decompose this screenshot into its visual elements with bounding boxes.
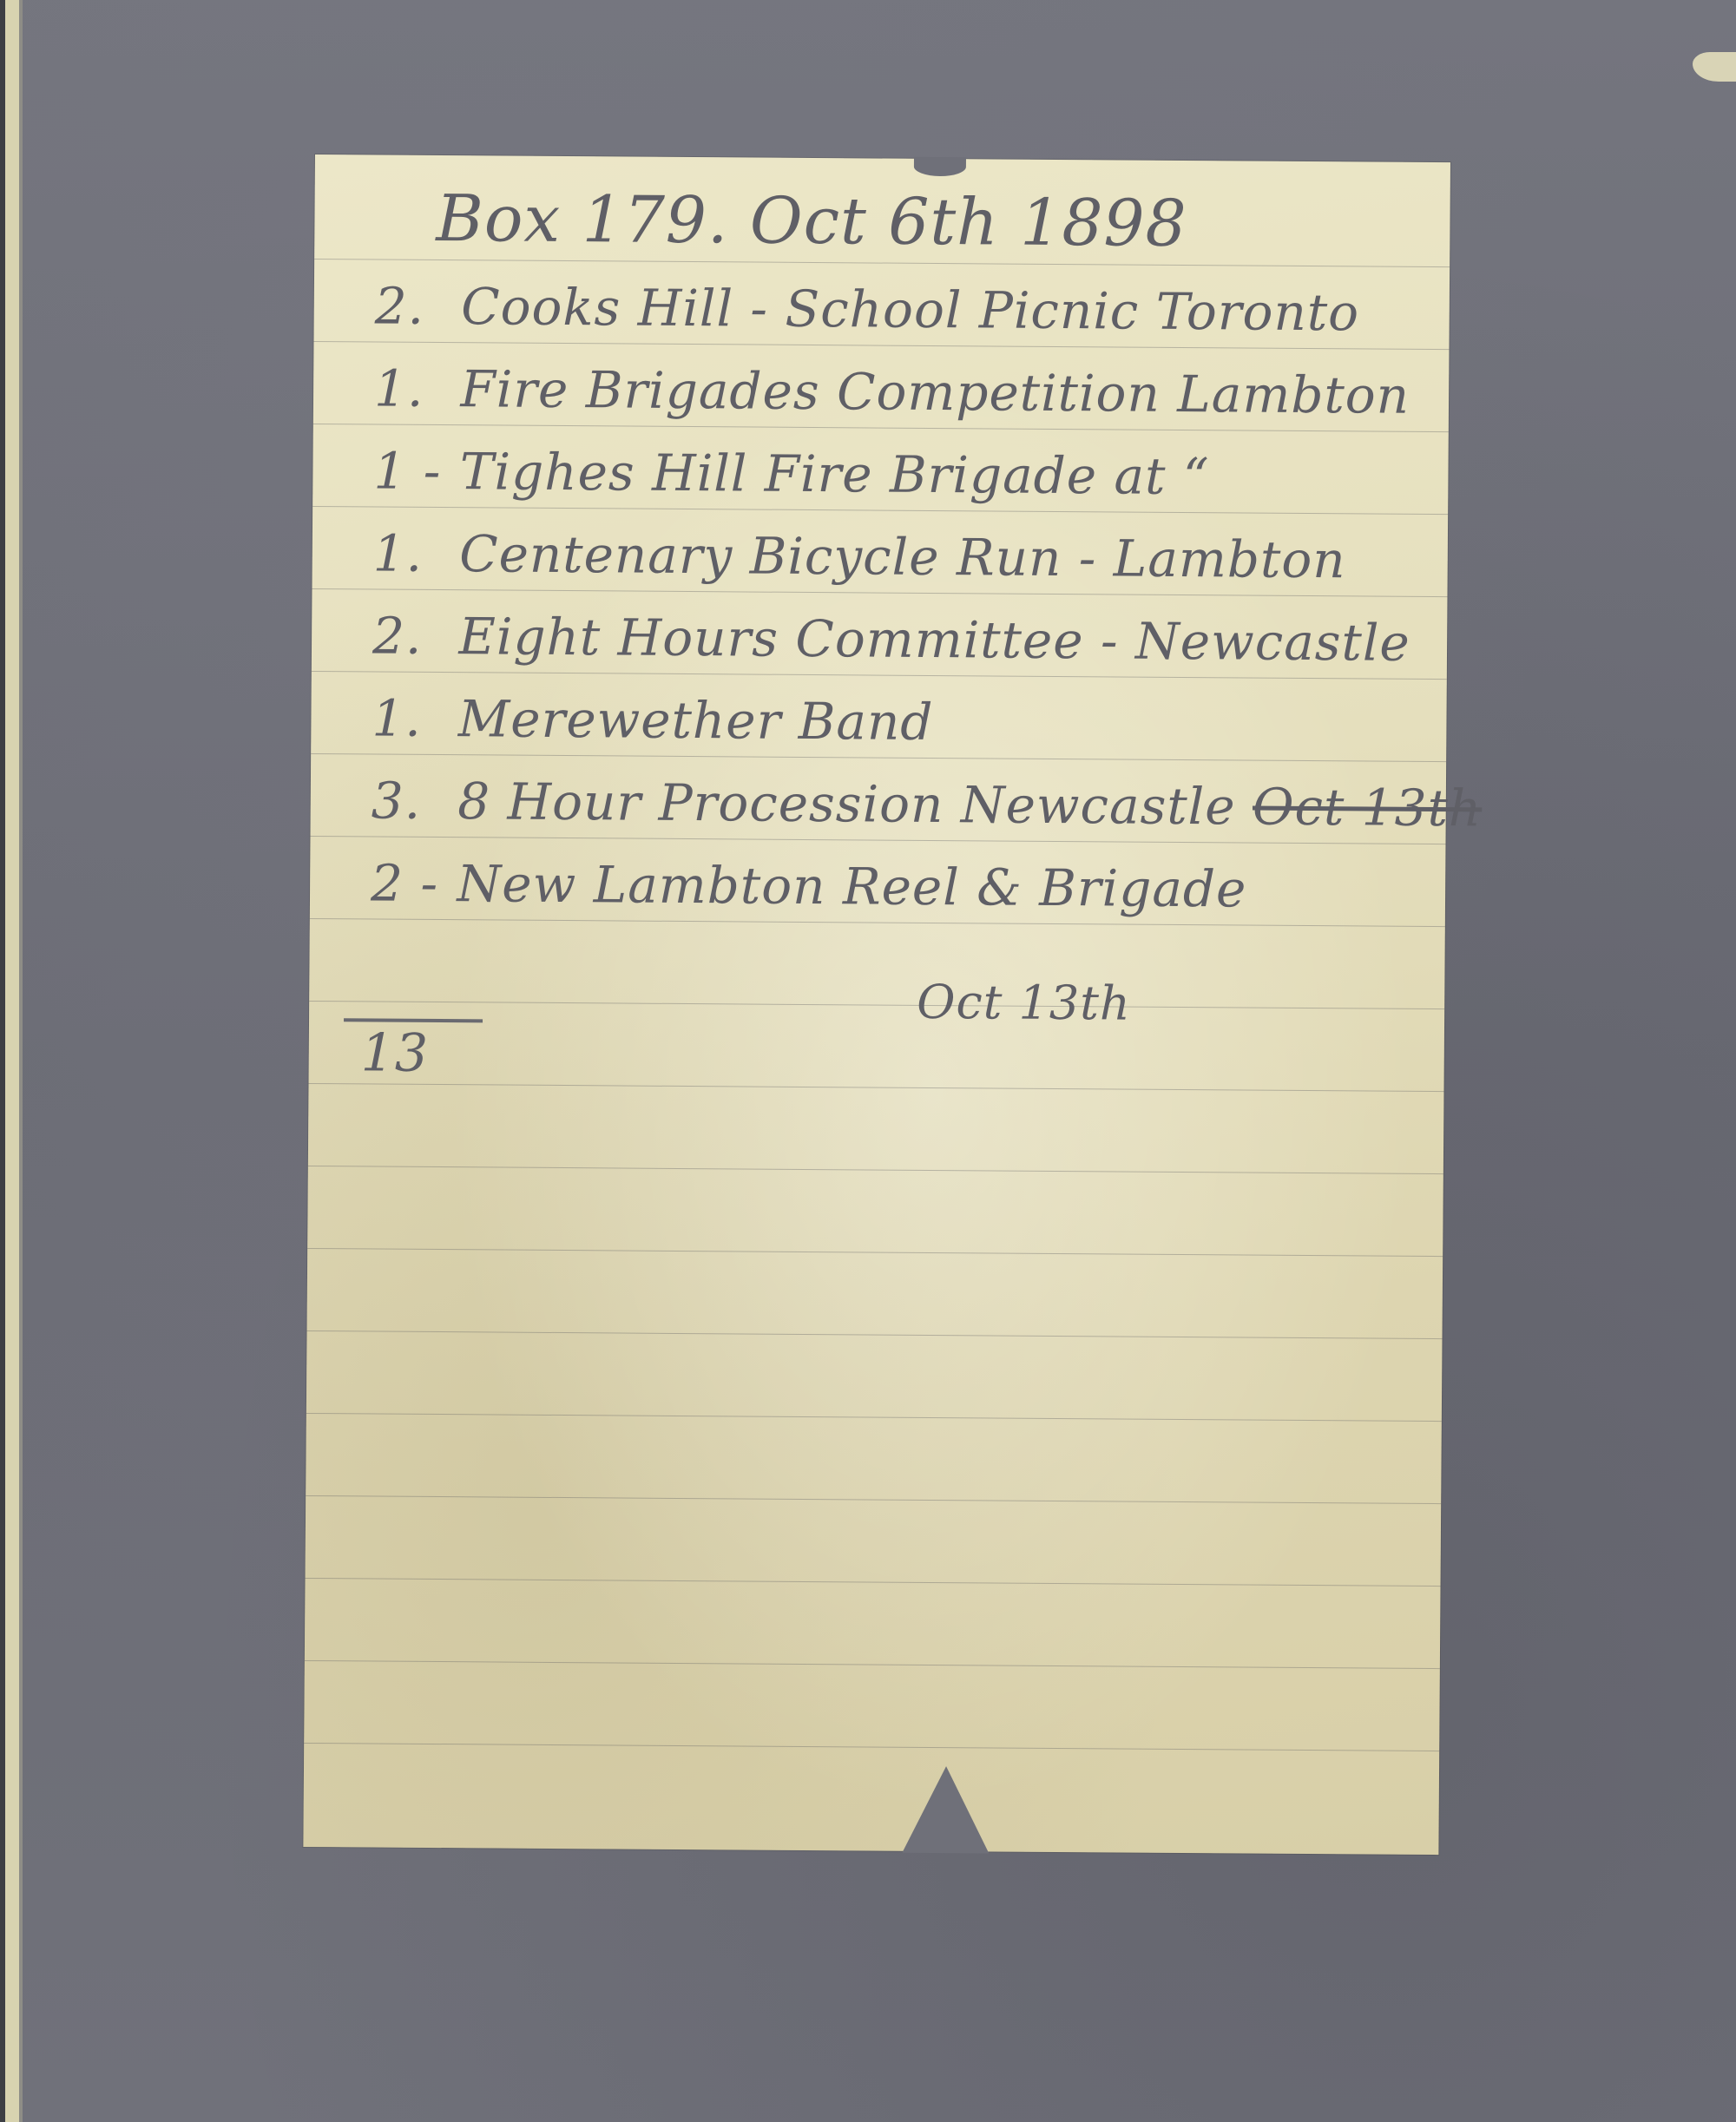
list-item: 2 - New Lambton Reel & Brigade — [371, 853, 1247, 918]
item-quantity: 2 - — [371, 853, 440, 913]
ruled-line — [313, 341, 1449, 350]
item-quantity: 1. — [372, 688, 441, 748]
item-quantity: 1. — [374, 358, 444, 418]
item-text: Centenary Bicycle Run - Lambton — [459, 524, 1346, 589]
ruled-line — [314, 259, 1450, 267]
paper-bottom-tear — [902, 1766, 990, 1854]
ruled-line — [304, 1743, 1439, 1751]
list-item: 1. Merewether Band — [372, 688, 933, 752]
item-text: Fire Brigades Competition Lambton — [460, 359, 1410, 425]
ruled-line — [312, 588, 1448, 597]
list-item: 1 - Tighes Hill Fire Brigade at “ — [373, 441, 1210, 506]
list-item: 1. Fire Brigades Competition Lambton — [374, 358, 1410, 424]
ruled-line — [306, 1495, 1441, 1504]
board-left-edge — [0, 0, 23, 2122]
ruled-line — [312, 671, 1447, 680]
item-quantity: 2. — [375, 276, 444, 336]
ruled-line — [307, 1330, 1443, 1339]
struck-date-note: Oct 13th — [1253, 778, 1483, 838]
list-item: 1. Centenary Bicycle Run - Lambton — [373, 523, 1346, 589]
ruled-line — [312, 506, 1448, 515]
ruled-line — [309, 1001, 1444, 1009]
list-item: 3. 8 Hour Procession Newcastle Oct 13th — [372, 771, 1483, 838]
total-count: 13 — [361, 1022, 430, 1084]
note-heading: Box 179. Oct 6th 1898 — [436, 181, 1187, 261]
ruled-line — [310, 918, 1445, 927]
ruled-line — [309, 1083, 1444, 1092]
item-quantity: 1. — [373, 523, 443, 583]
handwritten-note-paper: Box 179. Oct 6th 1898 2. Cooks Hill - Sc… — [303, 154, 1450, 1855]
date-annotation: Oct 13th — [917, 975, 1131, 1031]
item-quantity: 1 - — [373, 441, 443, 501]
item-text: New Lambton Reel & Brigade — [457, 854, 1246, 918]
item-quantity: 3. — [372, 771, 441, 831]
ruled-line — [311, 753, 1446, 762]
ruled-line — [305, 1660, 1440, 1669]
item-quantity: 2. — [372, 606, 442, 666]
ruled-line — [308, 1166, 1443, 1174]
ruled-line — [307, 1248, 1443, 1257]
item-text: Tighes Hill Fire Brigade at “ — [460, 442, 1210, 506]
ruled-line — [306, 1413, 1442, 1422]
item-text: Cooks Hill - School Picnic Toronto — [461, 277, 1359, 342]
list-item: 2. Cooks Hill - School Picnic Toronto — [375, 276, 1360, 342]
item-text: Merewether Band — [458, 689, 934, 752]
item-text: Eight Hours Committee - Newcastle — [458, 607, 1410, 673]
ruled-line — [313, 424, 1449, 432]
item-text: 8 Hour Procession Newcastle — [457, 772, 1236, 836]
list-item: 2. Eight Hours Committee - Newcastle — [372, 606, 1410, 672]
ruled-line — [306, 1578, 1441, 1587]
paper-top-tear — [914, 157, 966, 176]
ruled-line — [311, 836, 1446, 844]
